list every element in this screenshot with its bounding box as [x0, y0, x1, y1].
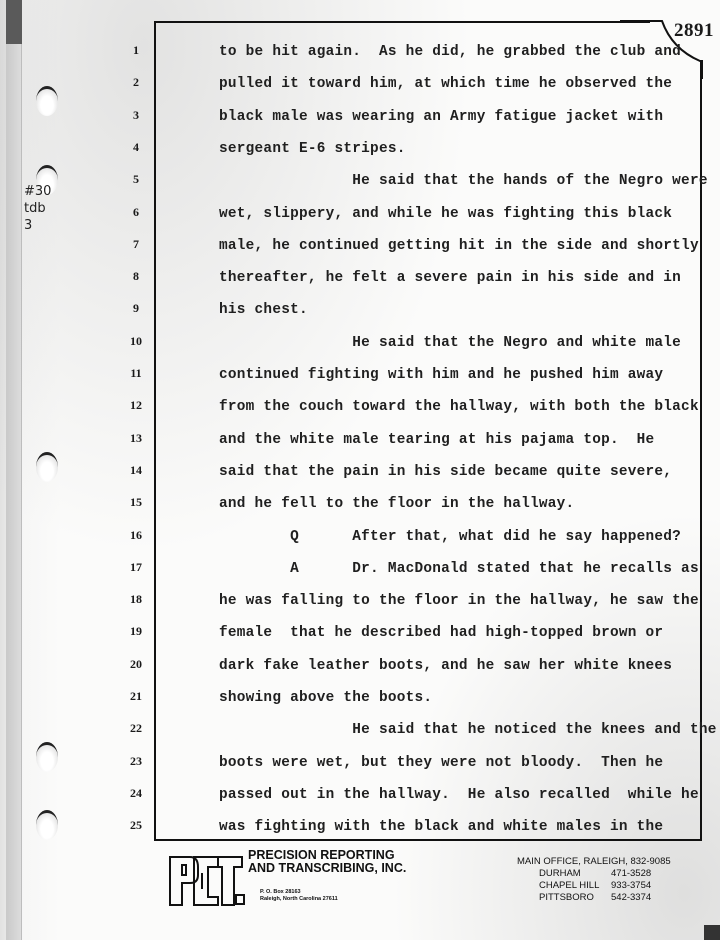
office-city: DURHAM	[517, 868, 611, 880]
transcript-line: He said that the hands of the Negro were	[219, 173, 708, 189]
transcript-line: A Dr. MacDonald stated that he recalls a…	[219, 561, 699, 577]
line-number: 25	[120, 818, 152, 833]
office-row: DURHAM471-3528	[517, 868, 671, 880]
transcript-line: black male was wearing an Army fatigue j…	[219, 109, 663, 125]
office-row: CHAPEL HILL933-3754	[517, 880, 671, 892]
binder-hole	[36, 742, 58, 772]
line-number: 13	[120, 431, 152, 446]
office-row: PITTSBORO542-3374	[517, 892, 671, 904]
line-number: 22	[120, 721, 152, 736]
line-number: 18	[120, 592, 152, 607]
office-phone: 471-3528	[611, 868, 651, 880]
line-number: 1	[120, 43, 152, 58]
scan-edge-strip	[6, 0, 22, 940]
line-number: 2	[120, 75, 152, 90]
transcript-line: continued fighting with him and he pushe…	[219, 367, 663, 383]
transcript-line: from the couch toward the hallway, with …	[219, 399, 699, 415]
transcript-line: sergeant E-6 stripes.	[219, 141, 406, 157]
transcript-line: female that he described had high-topped…	[219, 625, 663, 641]
line-number: 17	[120, 560, 152, 575]
line-number: 10	[120, 334, 152, 349]
scan-corner	[704, 925, 720, 940]
line-number: 14	[120, 463, 152, 478]
company-address: P. O. Box 28163 Raleigh, North Carolina …	[260, 889, 338, 903]
transcript-line: male, he continued getting hit in the si…	[219, 238, 699, 254]
line-number: 4	[120, 140, 152, 155]
margin-note-line: tdb	[24, 201, 46, 216]
line-number: 23	[120, 754, 152, 769]
transcript-line: said that the pain in his side became qu…	[219, 464, 672, 480]
line-number: 24	[120, 786, 152, 801]
transcript-line: boots were wet, but they were not bloody…	[219, 755, 663, 771]
line-number: 8	[120, 269, 152, 284]
margin-note-line: #30	[24, 184, 51, 199]
line-number: 12	[120, 398, 152, 413]
transcript-line: He said that he noticed the knees and th…	[219, 722, 717, 738]
transcript-line: was fighting with the black and white ma…	[219, 819, 663, 835]
line-number: 15	[120, 495, 152, 510]
address-line1: P. O. Box 28163	[260, 889, 338, 896]
binder-hole	[36, 810, 58, 840]
company-logo	[168, 853, 246, 909]
line-number: 11	[120, 366, 152, 381]
transcript-line: thereafter, he felt a severe pain in his…	[219, 270, 681, 286]
line-number: 16	[120, 528, 152, 543]
transcript-line: and he fell to the floor in the hallway.	[219, 496, 574, 512]
line-number: 20	[120, 657, 152, 672]
transcript-line: to be hit again. As he did, he grabbed t…	[219, 44, 681, 60]
office-phone: 542-3374	[611, 892, 651, 904]
transcript-line: he was falling to the floor in the hallw…	[219, 593, 699, 609]
line-number: 5	[120, 172, 152, 187]
transcript-line: his chest.	[219, 302, 308, 318]
office-list: MAIN OFFICE, RALEIGH, 832-9085 DURHAM471…	[517, 856, 671, 904]
company-name: PRECISION REPORTING AND TRANSCRIBING, IN…	[248, 849, 406, 875]
office-phone: 933-3754	[611, 880, 651, 892]
binder-hole	[36, 452, 58, 482]
line-number: 19	[120, 624, 152, 639]
transcript-line: pulled it toward him, at which time he o…	[219, 76, 672, 92]
line-number: 3	[120, 108, 152, 123]
transcript-line: showing above the boots.	[219, 690, 432, 706]
transcript-line: dark fake leather boots, and he saw her …	[219, 658, 672, 674]
margin-note-line: 3	[24, 218, 32, 233]
transcript-line: and the white male tearing at his pajama…	[219, 432, 654, 448]
office-city: CHAPEL HILL	[517, 880, 611, 892]
page-number: 2891	[674, 20, 714, 42]
line-number: 9	[120, 301, 152, 316]
scan-edge-dark	[6, 0, 22, 44]
main-office: MAIN OFFICE, RALEIGH, 832-9085	[517, 856, 671, 868]
binder-hole	[36, 86, 58, 116]
line-number: 7	[120, 237, 152, 252]
company-name-line2: AND TRANSCRIBING, INC.	[248, 862, 406, 875]
line-number: 6	[120, 205, 152, 220]
transcript-line: He said that the Negro and white male	[219, 335, 681, 351]
address-line2: Raleigh, North Carolina 27611	[260, 896, 338, 903]
transcript-line: Q After that, what did he say happened?	[219, 529, 681, 545]
line-number: 21	[120, 689, 152, 704]
office-city: PITTSBORO	[517, 892, 611, 904]
transcript-line: wet, slippery, and while he was fighting…	[219, 206, 672, 222]
transcript-line: passed out in the hallway. He also recal…	[219, 787, 699, 803]
